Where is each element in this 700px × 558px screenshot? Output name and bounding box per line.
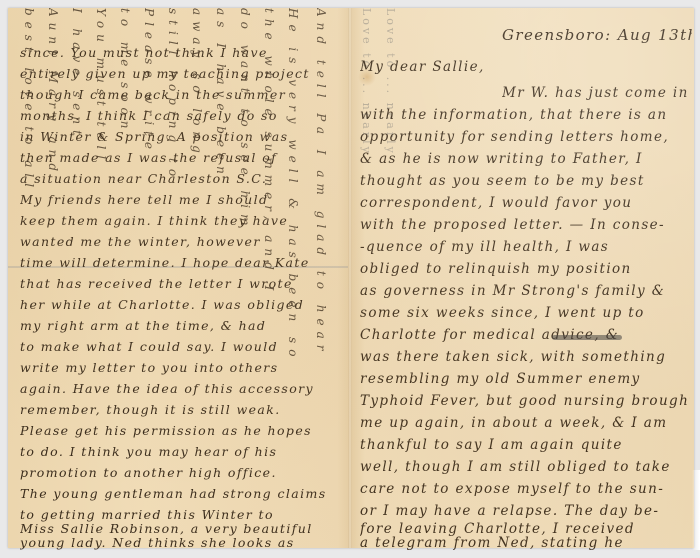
letter-line: care not to expose myself to the sun-	[360, 480, 690, 498]
letter-line: wanted me the winter, however	[20, 233, 340, 251]
letter-line: & as he is now writing to Father, I	[360, 150, 690, 168]
letter-line: write my letter to you into others	[20, 359, 340, 377]
letter-line: Charlotte for medical advice, &	[360, 326, 690, 344]
letter-line: young lady. Ned thinks she looks as	[20, 534, 340, 552]
letter-line: keep them again. I think they have	[20, 212, 340, 230]
letter-line: thought as you seem to be my best	[360, 172, 690, 190]
letter-line: though I came back in the summer	[20, 86, 340, 104]
letter-line: some six weeks since, I went up to	[360, 304, 690, 322]
letter-line: thankful to say I am again quite	[360, 436, 690, 454]
dateline: Greensboro: Aug 13th 186	[502, 26, 692, 44]
letter-line: to do. I think you may hear of his	[20, 443, 340, 461]
letter-line: Please get his permission as he hopes	[20, 422, 340, 440]
letter-line: My friends here tell me I should	[20, 191, 340, 209]
letter-line: obliged to relinquish my position	[360, 260, 690, 278]
letter-line: or I may have a relapse. The day be-	[360, 502, 690, 520]
letter-line: -quence of my ill health, I was	[360, 238, 690, 256]
right-page: Love to ... nearly Love to ... nearly Gr…	[352, 8, 694, 548]
letter-line: well, though I am still obliged to take	[360, 458, 690, 476]
left-page: best love to all Aunt Mary and I have se…	[8, 8, 348, 548]
letter-line: with the information, that there is an	[360, 106, 690, 124]
letter-line: to make what I could say. I would	[20, 338, 340, 356]
letter-line: again. Have the idea of this accessory	[20, 380, 340, 398]
letter-line: months. I think I can safely do so	[20, 107, 340, 125]
letter-line: then made as I was the refusal of	[20, 149, 340, 167]
letter-line: time will determine. I hope dear Kate	[20, 254, 340, 272]
letter-sheet: best love to all Aunt Mary and I have se…	[8, 8, 694, 548]
letter-line: her while at Charlotte. I was obliged	[20, 296, 340, 314]
letter-line: was there taken sick, with something	[360, 348, 690, 366]
letter-line: me up again, in about a week, & I am	[360, 414, 690, 432]
letter-line: remember, though it is still weak.	[20, 401, 340, 419]
letter-line: with the proposed letter. — In conse-	[360, 216, 690, 234]
letter-line: resembling my old Summer enemy	[360, 370, 690, 388]
salutation: My dear Sallie,	[360, 58, 560, 76]
letter-line: Typhoid Fever, but good nursing brought	[360, 392, 690, 410]
scan-glare	[692, 470, 700, 550]
letter-line: opportunity for sending letters home,	[360, 128, 690, 146]
letter-line: Mr W. has just come in	[502, 84, 687, 102]
letter-line: my right arm at the time, & had	[20, 317, 340, 335]
letter-line: a situation near Charleston S.C.	[20, 170, 340, 188]
letter-line: as governess in Mr Strong's family &	[360, 282, 690, 300]
letter-line: a telegram from Ned, stating he	[360, 534, 690, 552]
letter-line: that has received the letter I wrote	[20, 275, 340, 293]
letter-line: since. You must not think I have	[20, 44, 340, 62]
letter-line: correspondent, I would favor you	[360, 194, 690, 212]
letter-line: The young gentleman had strong claims	[20, 485, 340, 503]
letter-line: promotion to another high office.	[20, 464, 340, 482]
letter-line: entirely given up my teaching project	[20, 65, 340, 83]
letter-line: in Winter & Spring. A position was	[20, 128, 340, 146]
ink-blot	[552, 335, 622, 340]
